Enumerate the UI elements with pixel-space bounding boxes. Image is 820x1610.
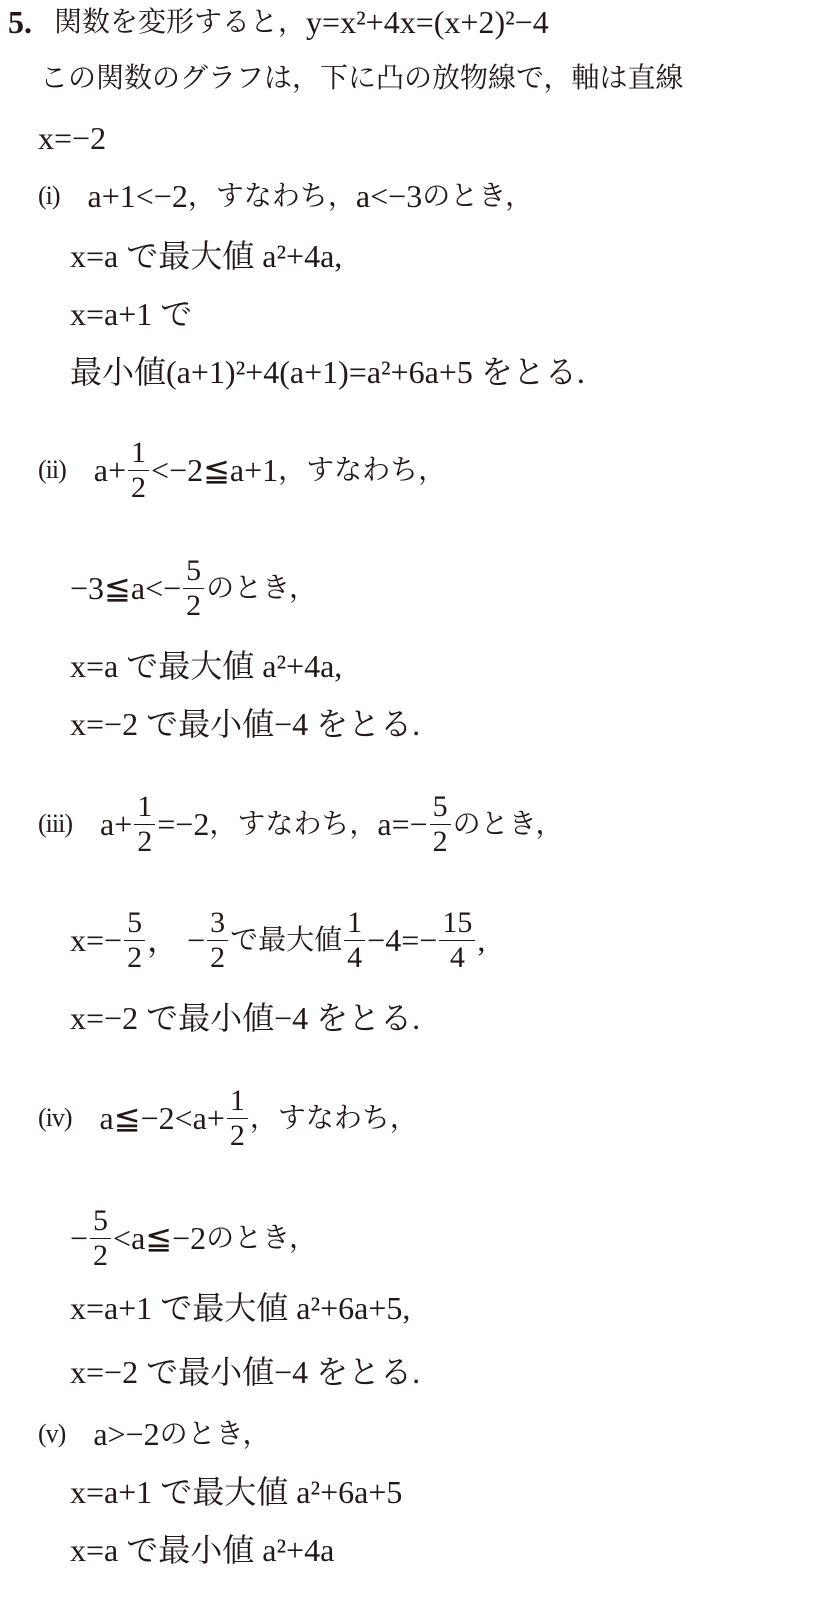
problem-description: この関数のグラフは，下に凸の放物線で，軸は直線 [40, 60, 683, 96]
numerator: 5 [90, 1204, 111, 1239]
fraction: 52 [183, 554, 204, 623]
case-3-condition: (iii) a+ 12 =−2 ，すなわち， a=− 52 のとき， [38, 784, 564, 864]
denominator: 2 [207, 941, 228, 975]
result-text: x=−2 で最小値−4 をとる. [70, 706, 420, 742]
max-math: −4=− [367, 922, 437, 958]
denominator: 2 [134, 825, 155, 859]
result-text: x=−2 で最小値−4 をとる. [70, 1000, 420, 1036]
case-5-line-1: x=a+1 で最大値 a²+6a+5 [70, 1474, 402, 1510]
problem-equation: y=x²+4x=(x+2)²−4 [306, 4, 549, 40]
denominator: 2 [227, 1119, 248, 1153]
case-5-condition: (v) a>−2 のとき， [38, 1416, 271, 1452]
case-2-line-1: x=a で最大値 a²+4a, [70, 648, 342, 684]
condition-math: =−2 [157, 806, 209, 842]
condition-text: ，すなわち， [250, 1100, 418, 1136]
case-label: (i) [38, 178, 60, 214]
case-5-line-2: x=a で最小値 a²+4a [70, 1532, 334, 1568]
numerator: 1 [227, 1084, 248, 1119]
numerator: 5 [183, 554, 204, 589]
range-text: のとき， [422, 178, 533, 214]
denominator: 2 [183, 589, 204, 623]
axis-equation: x=−2 [38, 120, 106, 156]
axis-line: x=−2 [38, 120, 106, 156]
result-text: 最小値(a+1)²+4(a+1)=a²+6a+5 をとる. [70, 354, 585, 390]
max-math: , [477, 922, 485, 958]
case-4-condition: (iv) a≦−2<a+ 12 ，すなわち， [38, 1078, 418, 1158]
fraction: 14 [344, 906, 365, 975]
fraction: 12 [134, 790, 155, 859]
condition-math: a≦−2<a+ [100, 1100, 225, 1136]
condition-text: ，すなわち， [278, 452, 446, 488]
result-text: x=a+1 で [70, 296, 192, 332]
range-math: a=− [377, 806, 427, 842]
case-label: (v) [38, 1416, 65, 1452]
fraction: 12 [128, 436, 149, 505]
numerator: 5 [124, 906, 145, 941]
condition-math: a+1<−2 [88, 178, 188, 214]
range-math: <a≦−2 [113, 1220, 206, 1256]
case-4-line-2: x=−2 で最小値−4 をとる. [70, 1354, 420, 1390]
numerator: 1 [128, 436, 149, 471]
numerator: 15 [439, 906, 475, 941]
case-2-line-2: x=−2 で最小値−4 をとる. [70, 706, 420, 742]
denominator: 4 [447, 941, 468, 975]
case-1-line-3: 最小値(a+1)²+4(a+1)=a²+6a+5 をとる. [70, 354, 585, 390]
case-1-line-2: x=a+1 で [70, 296, 192, 332]
range-math: −3≦a<− [70, 570, 181, 606]
case-3-max: x=− 52 ， − 32 で最大値 14 −4=− 154 , [70, 900, 485, 980]
description-text: この関数のグラフは，下に凸の放物線で，軸は直線 [40, 60, 683, 96]
denominator: 2 [128, 471, 149, 505]
condition-text: ，すなわち， [209, 806, 377, 842]
denominator: 2 [90, 1239, 111, 1273]
condition-math: a>−2 [93, 1416, 159, 1452]
condition-math: <−2≦a+1 [151, 452, 278, 488]
denominator: 2 [430, 825, 451, 859]
condition-text: のとき， [160, 1416, 271, 1452]
numerator: 3 [207, 906, 228, 941]
result-text: x=a で最小値 a²+4a [70, 1532, 334, 1568]
fraction: 52 [430, 790, 451, 859]
range-math: a<−3 [356, 178, 422, 214]
denominator: 2 [124, 941, 145, 975]
condition-text: ，すなわち， [188, 178, 356, 214]
max-text: で最大値 [230, 922, 342, 958]
range-text: のとき， [206, 570, 317, 606]
case-2-range: −3≦a<− 52 のとき， [70, 548, 317, 628]
case-4-range: − 52 <a≦−2 のとき， [70, 1198, 317, 1278]
denominator: 4 [344, 941, 365, 975]
fraction: 52 [90, 1204, 111, 1273]
case-label: (ii) [38, 452, 66, 488]
result-text: x=a で最大値 a²+4a, [70, 238, 342, 274]
result-text: x=−2 で最小値−4 をとる. [70, 1354, 420, 1390]
fraction: 32 [207, 906, 228, 975]
problem-header: 5. 関数を変形すると， y=x²+4x=(x+2)²−4 [8, 4, 549, 40]
case-label: (iv) [38, 1100, 72, 1136]
numerator: 1 [134, 790, 155, 825]
fraction: 154 [439, 906, 475, 975]
case-4-line-1: x=a+1 で最大値 a²+6a+5, [70, 1290, 410, 1326]
case-label: (iii) [38, 806, 72, 842]
max-math: ， − [147, 922, 205, 958]
fraction: 12 [227, 1084, 248, 1153]
result-text: x=a+1 で最大値 a²+6a+5 [70, 1474, 402, 1510]
problem-number: 5. [8, 4, 32, 40]
result-text: x=a+1 で最大値 a²+6a+5, [70, 1290, 410, 1326]
range-text: のとき， [206, 1220, 317, 1256]
condition-math: a+ [94, 452, 126, 488]
case-3-line-1: x=−2 で最小値−4 をとる. [70, 1000, 420, 1036]
case-2-condition: (ii) a+ 12 <−2≦a+1 ，すなわち， [38, 430, 446, 510]
case-1-condition: (i) a+1<−2 ，すなわち， a<−3 のとき， [38, 178, 533, 214]
problem-intro: 関数を変形すると， [54, 4, 306, 40]
numerator: 5 [430, 790, 451, 825]
range-text: のとき， [453, 806, 564, 842]
result-text: x=a で最大値 a²+4a, [70, 648, 342, 684]
case-1-line-1: x=a で最大値 a²+4a, [70, 238, 342, 274]
numerator: 1 [344, 906, 365, 941]
range-math: − [70, 1220, 88, 1256]
condition-math: a+ [100, 806, 132, 842]
max-math: x=− [70, 922, 122, 958]
fraction: 52 [124, 906, 145, 975]
